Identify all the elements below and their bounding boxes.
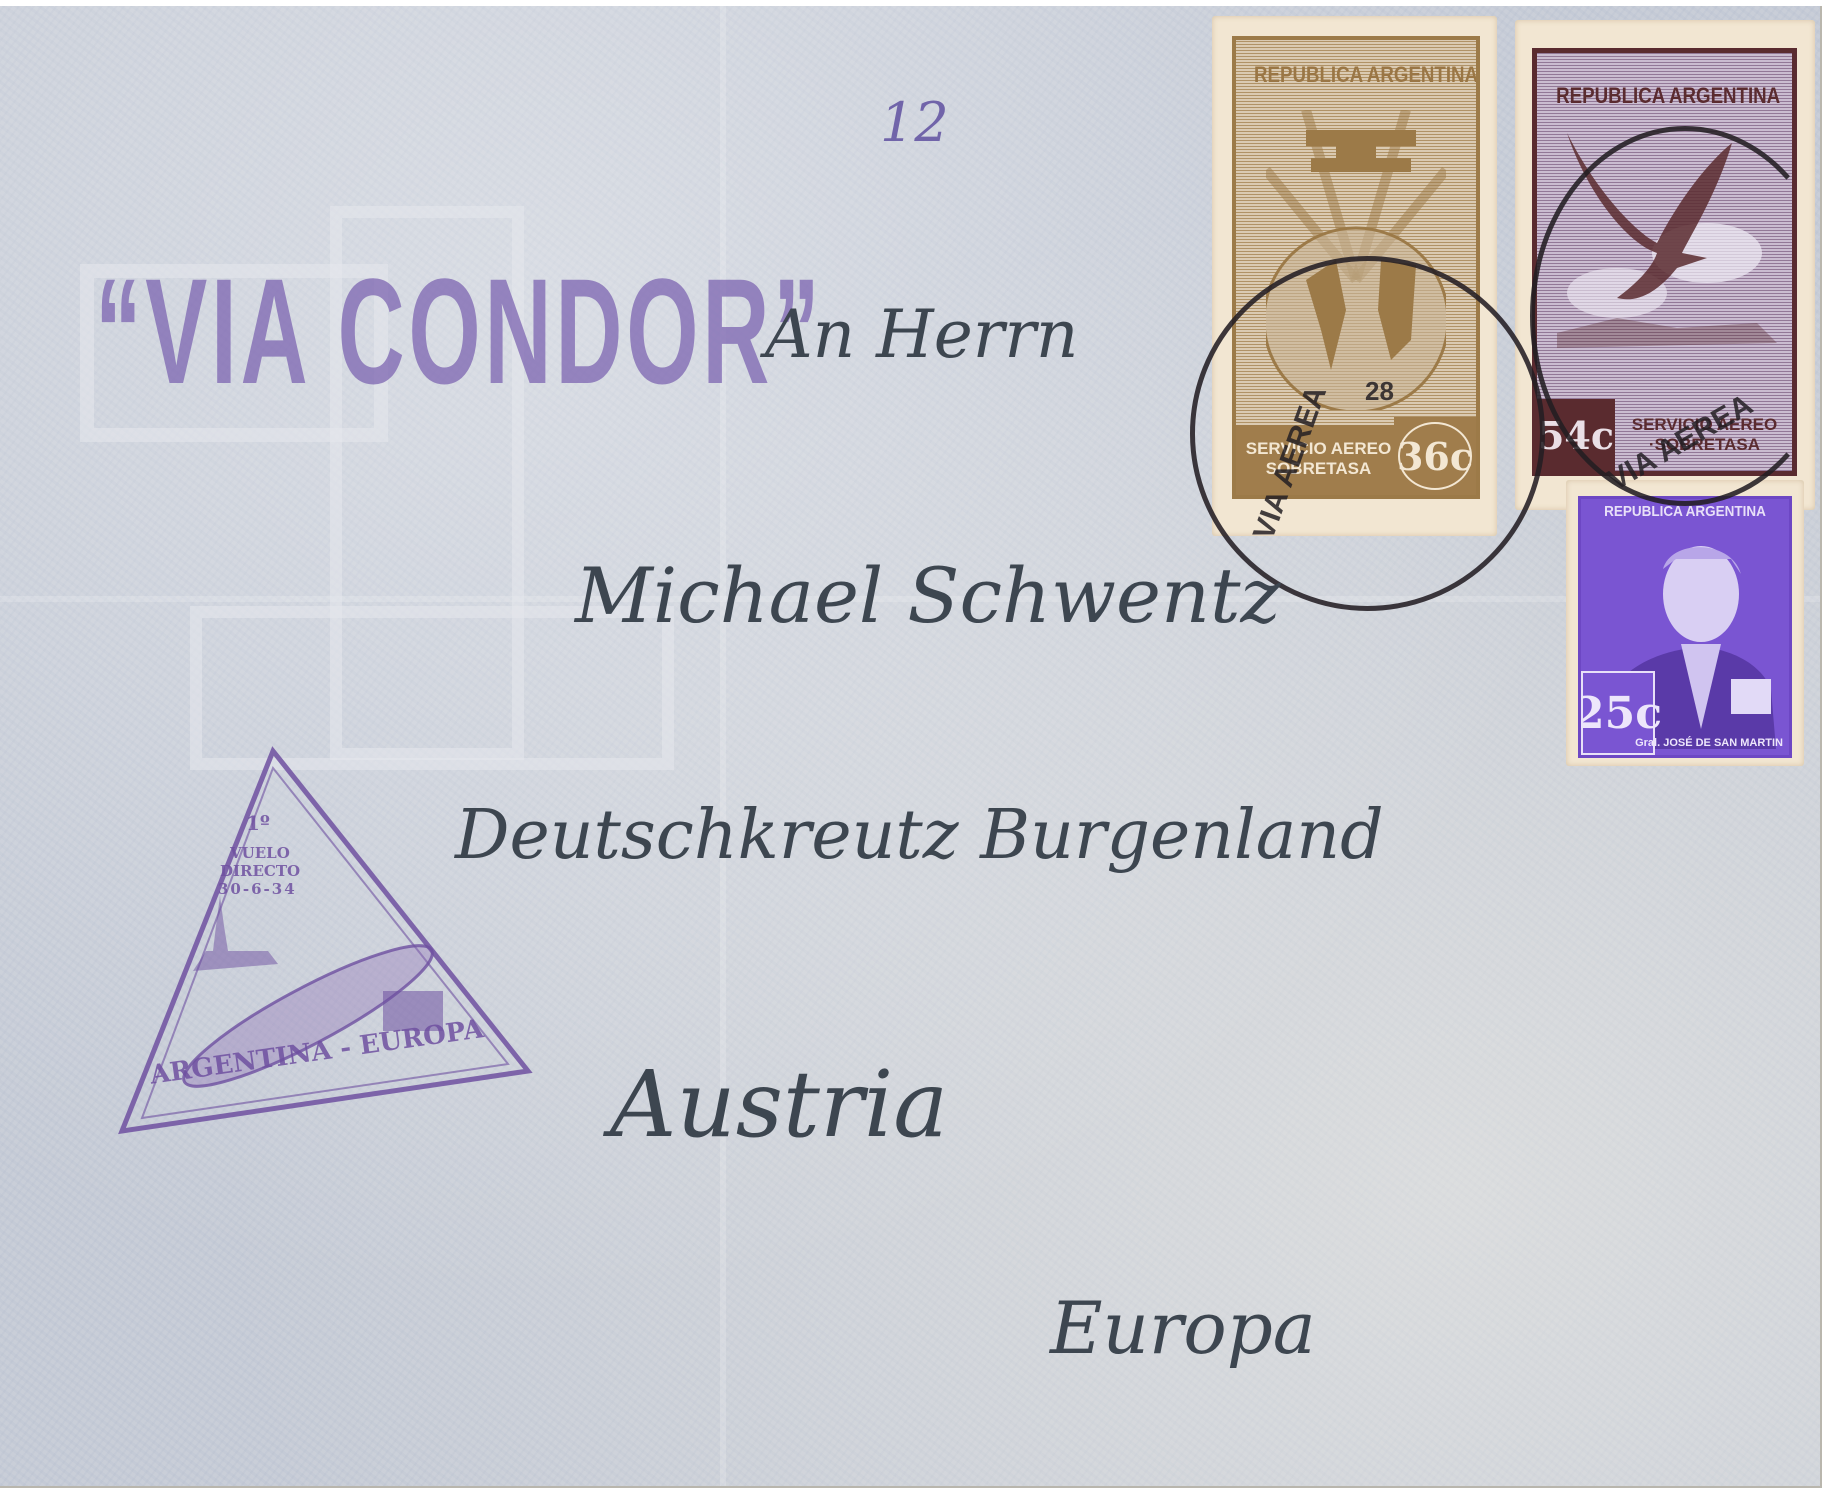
cachet-directo: DIRECTO <box>220 862 300 880</box>
postmark-1-date: 28 <box>1365 376 1394 407</box>
address-name: Michael Schwentz <box>575 551 1281 640</box>
stamp-25c-caption: Gral. JOSÉ DE SAN MARTIN <box>1635 737 1783 749</box>
cachet-vuelo: VUELO <box>230 844 290 862</box>
envelope: 12 “VIA CONDOR” 1º VUELO DIRECTO 30-6-34… <box>0 6 1822 1488</box>
stamp-36c-country: REPUBLICA ARGENTINA <box>1254 62 1458 88</box>
address-country: Austria <box>610 1051 948 1158</box>
pencil-number: 12 <box>880 91 949 154</box>
cathedral-icon <box>193 896 278 971</box>
stamp-25c-design: REPUBLICA ARGENTINA 25c Gral. JOSÉ DE SA… <box>1578 496 1792 758</box>
via-condor-stamp: “VIA CONDOR” <box>95 256 823 406</box>
address-continent: Europa <box>1050 1286 1316 1370</box>
fold-line <box>720 6 726 1486</box>
address-salutation: An Herrn <box>765 296 1078 373</box>
stamp-25c: REPUBLICA ARGENTINA 25c Gral. JOSÉ DE SA… <box>1566 480 1804 766</box>
cachet-first: 1º <box>246 811 270 835</box>
cachet-date: 30-6-34 <box>218 880 297 898</box>
address-town: Deutschkreutz Burgenland <box>455 796 1384 875</box>
stamp-54c-country: REPUBLICA ARGENTINA <box>1556 83 1773 109</box>
